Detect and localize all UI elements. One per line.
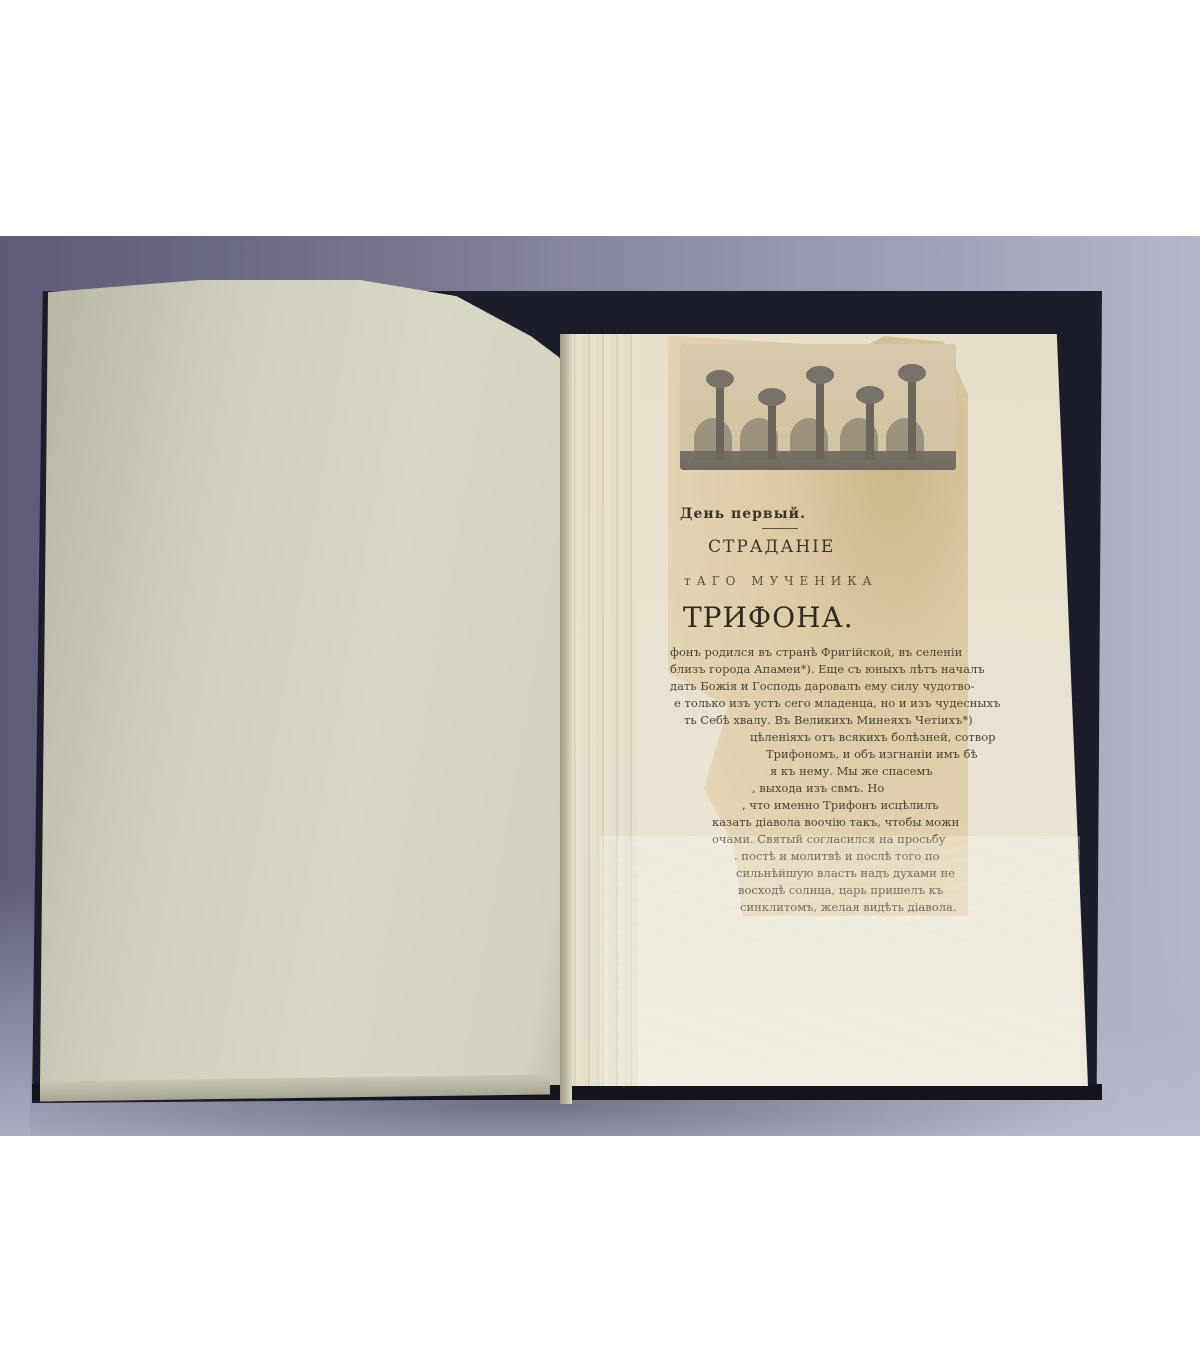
body-line: казать діавола воочію такъ, чтобы можн xyxy=(712,815,959,829)
tree-icon xyxy=(816,376,824,460)
bush-icon xyxy=(886,418,924,460)
tree-icon xyxy=(716,380,724,460)
body-line: дать Божія и Господь даровалъ ему силу ч… xyxy=(670,679,975,693)
decorative-tree-vignette xyxy=(680,344,956,470)
body-line: я къ нему. Мы же спасемъ xyxy=(770,764,933,778)
tree-icon xyxy=(866,396,874,460)
body-line: , выхода изъ свмъ. Но xyxy=(752,781,884,795)
tree-icon xyxy=(768,398,776,460)
body-line: ть Себѣ хвалу. Въ Великихъ Минеяхъ Четіи… xyxy=(684,713,973,727)
body-line: фонъ родился въ странѣ Фригійской, въ се… xyxy=(670,645,962,659)
title-line-2: тАГО МУЧЕНИКА xyxy=(684,574,878,588)
body-line: близъ города Апамеи*). Еще съ юныхъ лѣтъ… xyxy=(670,662,985,676)
title-line-1: СТРАДАНІЕ xyxy=(708,537,835,557)
left-blank-page xyxy=(40,280,574,1085)
heading-rule xyxy=(762,528,798,529)
body-line: , что именно Трифонъ исцѣлилъ xyxy=(742,798,938,812)
title-line-3: ТРИФОНА. xyxy=(683,601,854,634)
repair-tape xyxy=(600,836,1080,1086)
book-gutter xyxy=(560,334,572,1104)
body-line: е только изъ устъ сего младенца, но и из… xyxy=(674,696,1000,710)
bush-icon xyxy=(694,418,732,460)
body-line: цѣленіяхъ отъ всякихъ болѣзней, сотвор xyxy=(750,730,996,744)
day-heading: День первый. xyxy=(680,506,806,522)
body-line: Трифономъ, и объ изгнаніи имъ бѣ xyxy=(766,747,978,761)
book-photo: День первый. СТРАДАНІЕ тАГО МУЧЕНИКА ТРИ… xyxy=(0,236,1200,1136)
tree-icon xyxy=(908,374,916,460)
